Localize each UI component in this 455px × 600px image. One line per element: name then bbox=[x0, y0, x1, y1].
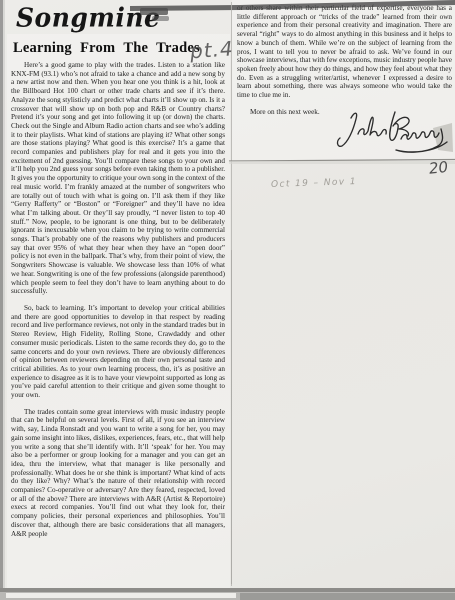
scan-left-edge bbox=[0, 0, 3, 600]
scan-left-edge-fade bbox=[3, 0, 5, 600]
left-text-column: Here’s a good game to play with the trad… bbox=[11, 61, 225, 585]
scanned-newsletter-page: Songmine Learning From The Trades Here’s… bbox=[0, 0, 455, 600]
scan-bottom-light-strip bbox=[6, 593, 236, 598]
closing-line: More on this next week. bbox=[237, 108, 452, 117]
clipping-edge-shadow bbox=[229, 161, 455, 164]
masthead-songmine: Songmine bbox=[16, 2, 160, 32]
scan-bottom-dark-strip bbox=[240, 593, 455, 600]
paragraph-back-to-learning: So, back to learning. It’s important to … bbox=[11, 304, 225, 400]
date-note-pencil: Oct 19 – Nov 1 bbox=[271, 177, 357, 190]
article-title: Learning From The Trades bbox=[13, 40, 200, 57]
paragraph-trades-game: Here’s a good game to play with the trad… bbox=[11, 61, 225, 296]
paragraph-trade-interviews: The trades contain some great interviews… bbox=[11, 408, 225, 539]
paragraph-continuation: or others share within their particular … bbox=[237, 4, 452, 100]
right-text-column: or others share within their particular … bbox=[237, 4, 452, 134]
